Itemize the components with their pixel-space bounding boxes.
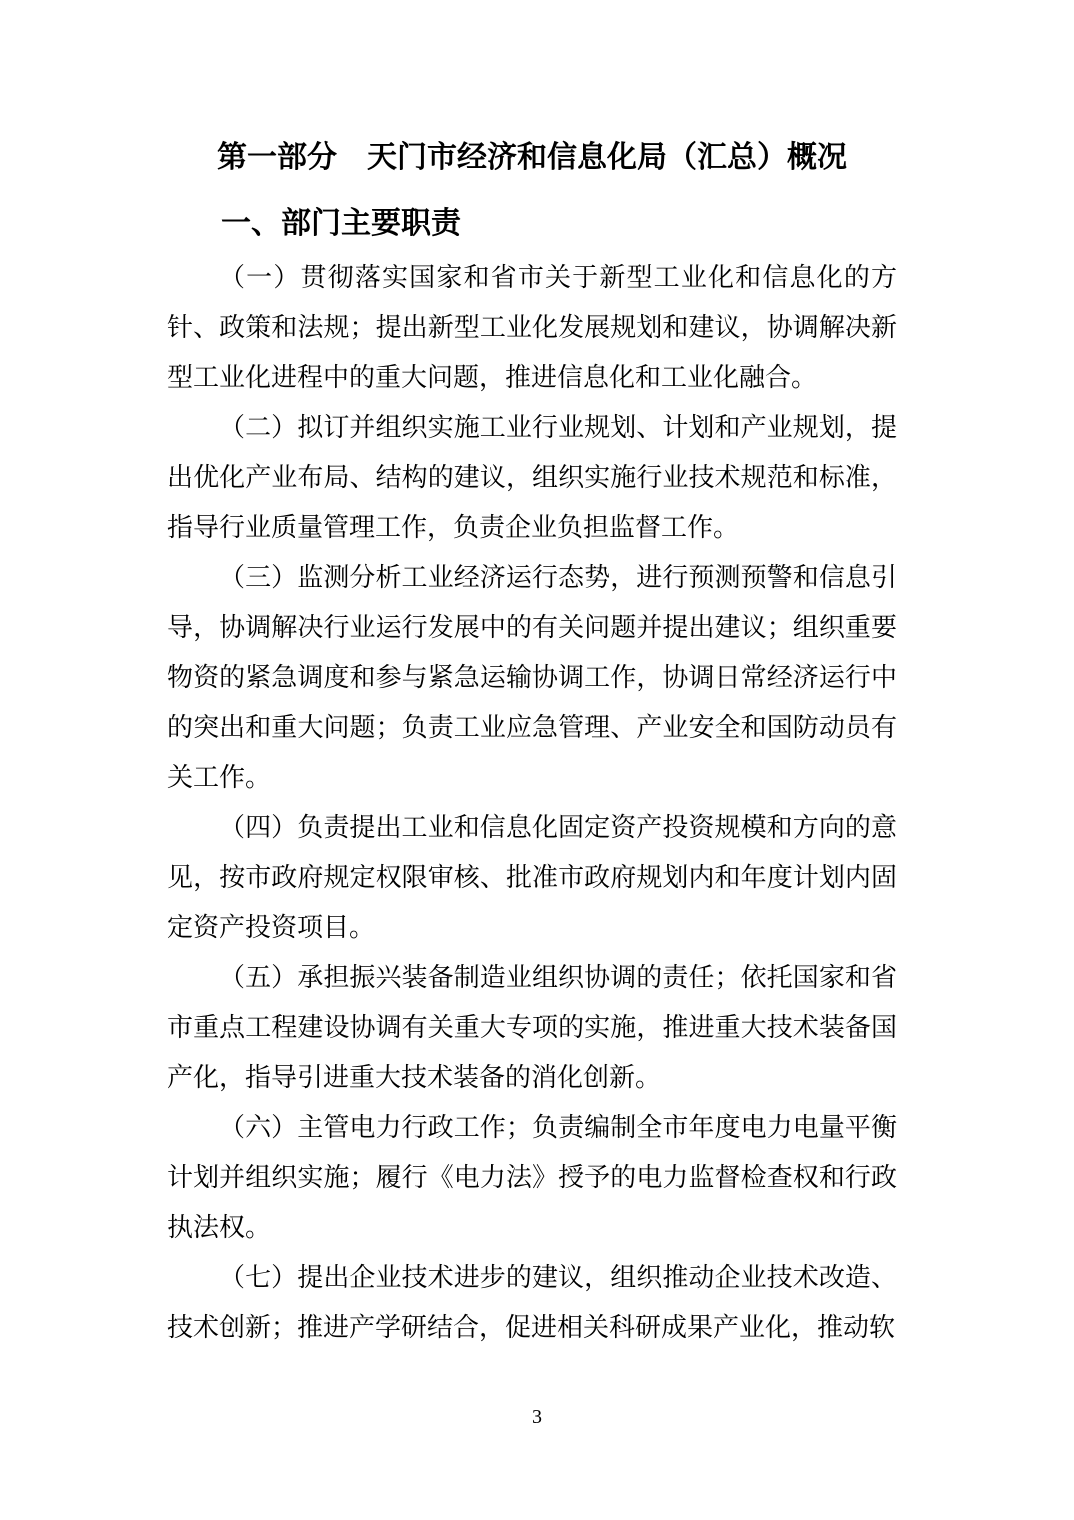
- document-title: 第一部分 天门市经济和信息化局（汇总）概况: [167, 136, 897, 180]
- section-heading: 一、部门主要职责: [167, 202, 897, 246]
- page-number: 3: [0, 1402, 1074, 1432]
- paragraph-duty-6: （六）主管电力行政工作；负责编制全市年度电力电量平衡计划并组织实施；履行《电力法…: [167, 1103, 897, 1253]
- paragraph-duty-3: （三）监测分析工业经济运行态势，进行预测预警和信息引导，协调解决行业运行发展中的…: [167, 553, 897, 803]
- document-body: （一）贯彻落实国家和省市关于新型工业化和信息化的方针、政策和法规；提出新型工业化…: [167, 253, 897, 1353]
- paragraph-duty-7: （七）提出企业技术进步的建议，组织推动企业技术改造、技术创新；推进产学研结合，促…: [167, 1253, 897, 1353]
- paragraph-duty-2: （二）拟订并组织实施工业行业规划、计划和产业规划，提出优化产业布局、结构的建议，…: [167, 403, 897, 553]
- paragraph-duty-5: （五）承担振兴装备制造业组织协调的责任；依托国家和省市重点工程建设协调有关重大专…: [167, 953, 897, 1103]
- paragraph-duty-4: （四）负责提出工业和信息化固定资产投资规模和方向的意见，按市政府规定权限审核、批…: [167, 803, 897, 953]
- document-page: 第一部分 天门市经济和信息化局（汇总）概况 一、部门主要职责 （一）贯彻落实国家…: [0, 0, 1074, 1520]
- paragraph-duty-1: （一）贯彻落实国家和省市关于新型工业化和信息化的方针、政策和法规；提出新型工业化…: [167, 253, 897, 403]
